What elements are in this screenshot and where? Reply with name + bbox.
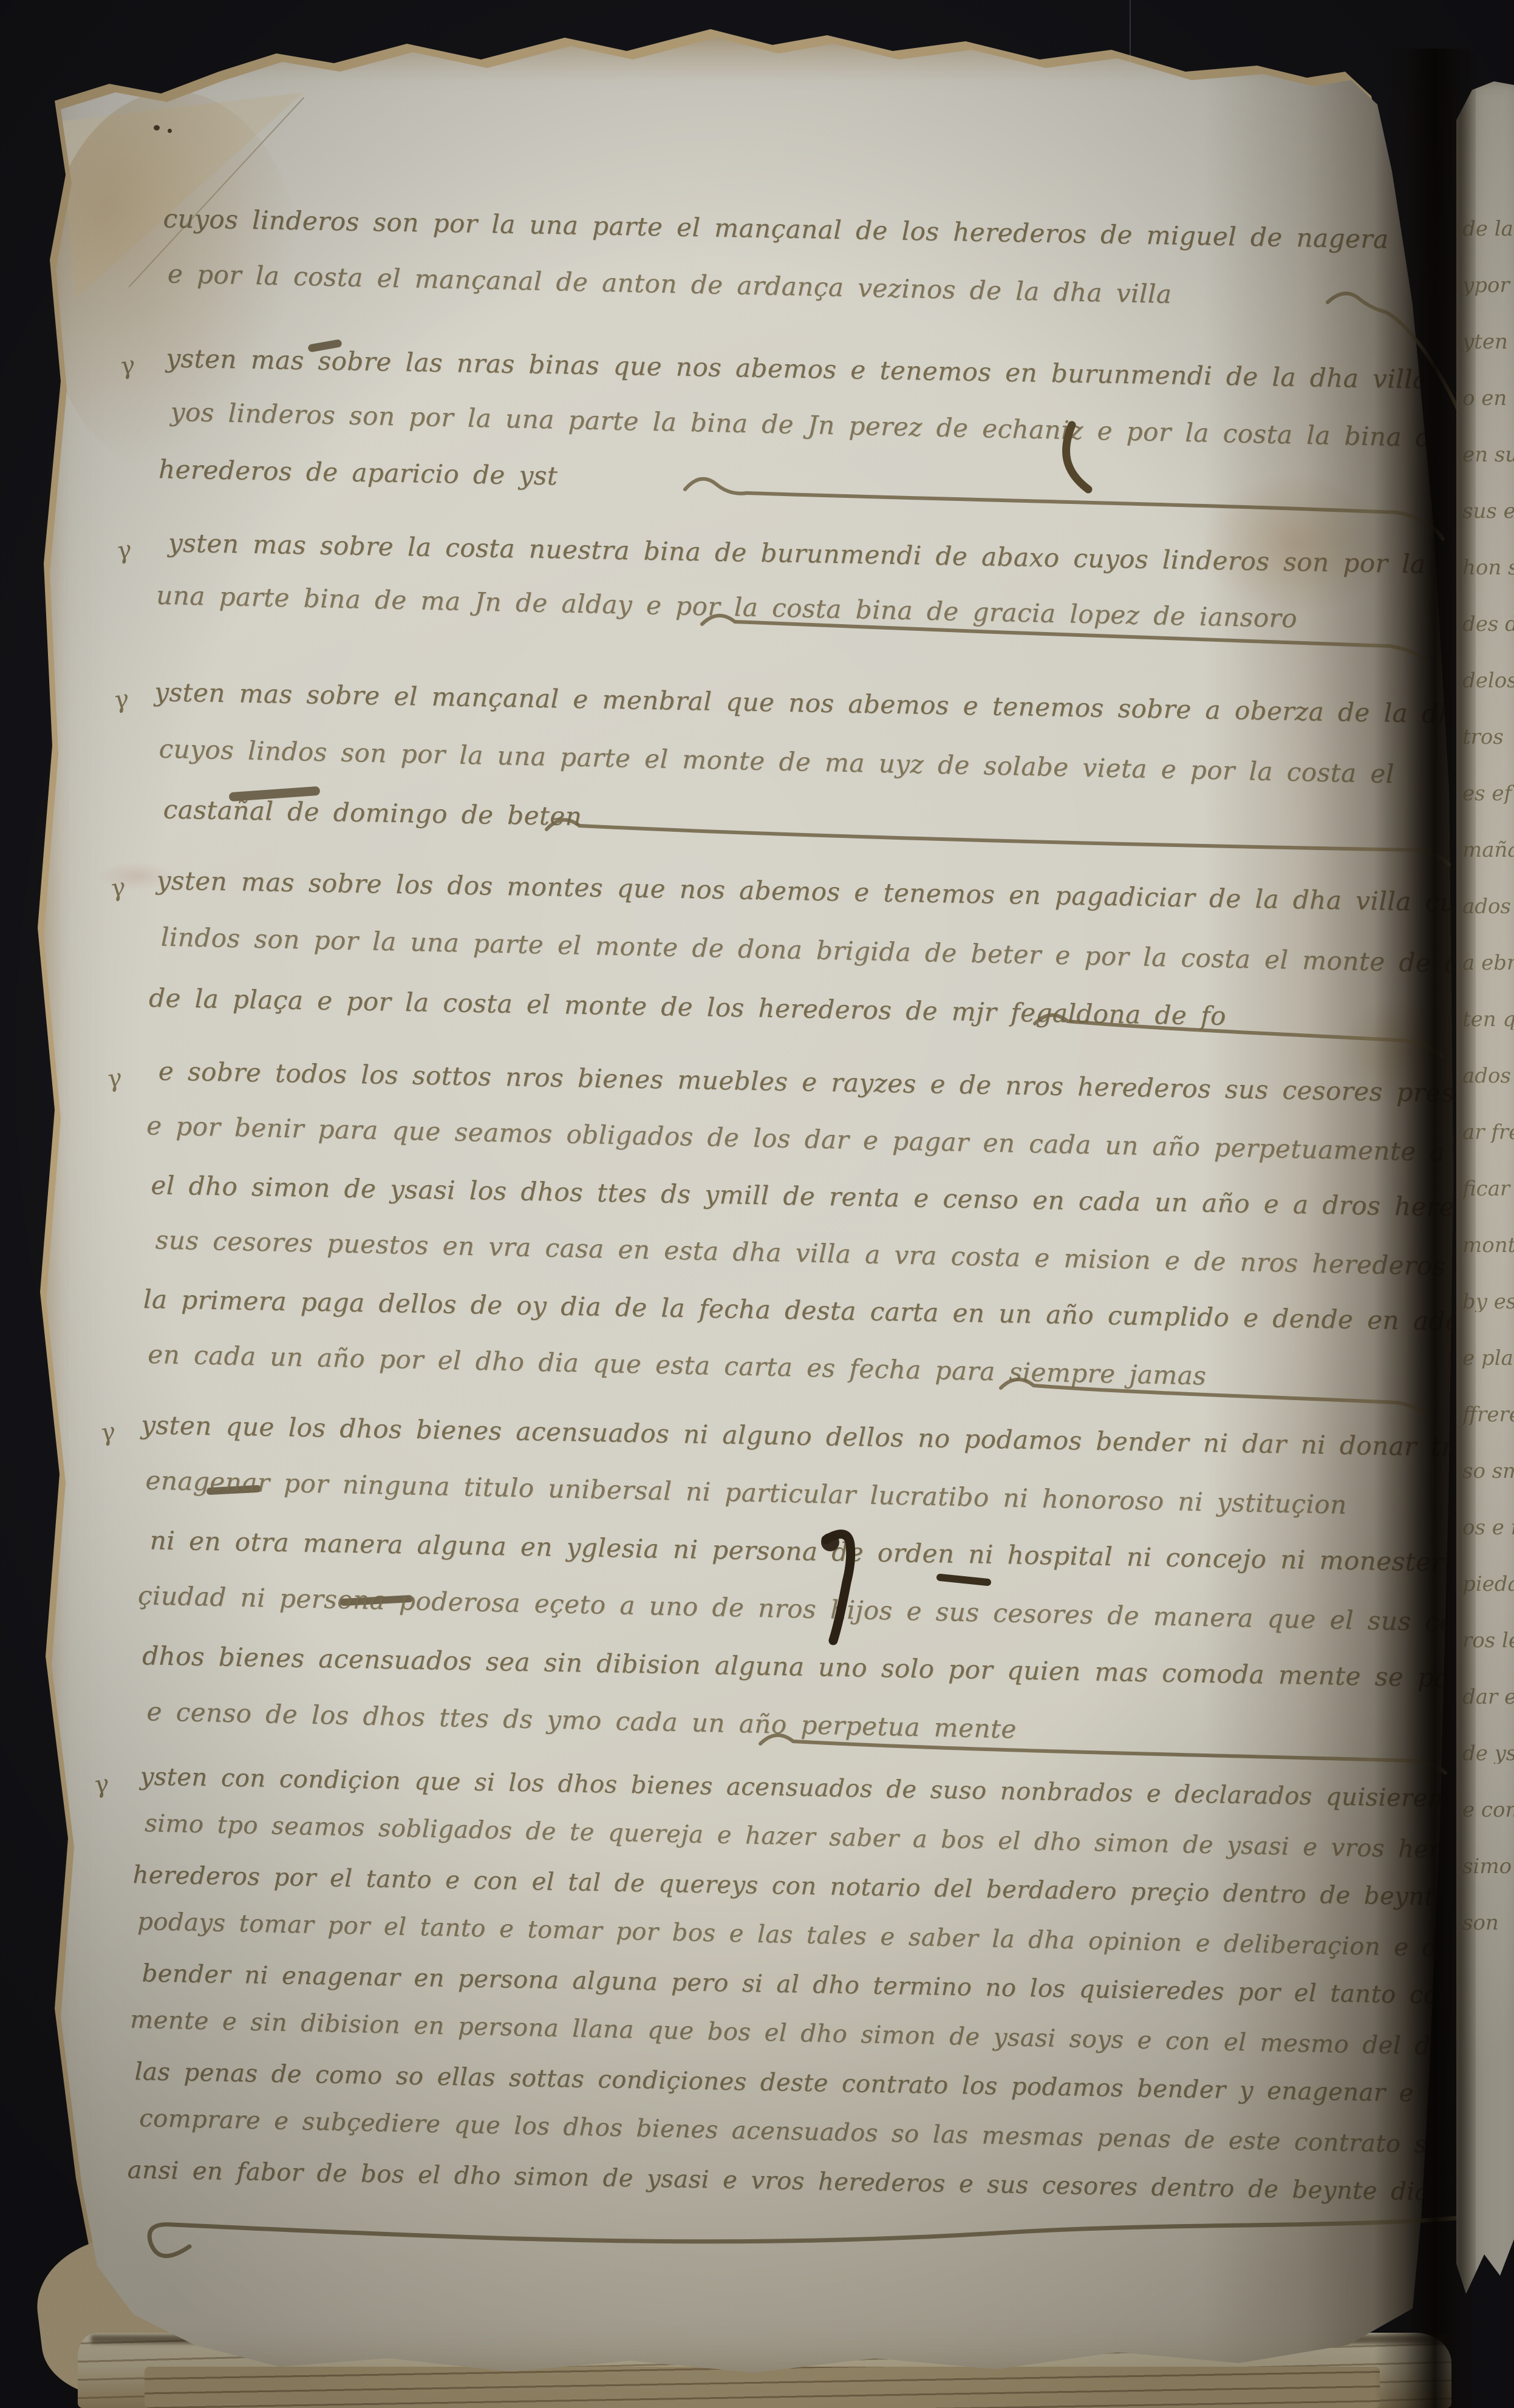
facing-page-text-fragment: ficar xyxy=(1462,1178,1514,1199)
facing-page-text-fragment: pieda xyxy=(1462,1574,1514,1594)
manuscript-line: herederos por el tanto e con el tal de q… xyxy=(132,1863,1458,1913)
manuscript-line: enagenar por ninguna titulo unibersal ni… xyxy=(145,1468,1347,1518)
facing-page-text-fragment: simo xyxy=(1462,1856,1514,1877)
manuscript-line: ysten que los dhos bienes acensuados ni … xyxy=(141,1412,1458,1464)
facing-page-text-fragment: o en xyxy=(1462,388,1514,409)
facing-page-text-fragment: ar fre xyxy=(1462,1122,1514,1143)
facing-page-text-fragment: by est xyxy=(1462,1291,1514,1312)
manuscript-line: bender ni enagenar en persona alguna per… xyxy=(142,1961,1458,2010)
facing-page-text-fragment: ypor a xyxy=(1462,275,1514,296)
manuscript-line: e sobre todos los sottos nros bienes mue… xyxy=(159,1058,1458,1107)
manuscript-line: comprare e subçediere que los dhos biene… xyxy=(139,2106,1458,2163)
facing-page-text-fragment: maña xyxy=(1462,840,1514,860)
paragraph-mark: γ xyxy=(104,1066,123,1092)
facing-page-text-fragment: tros xyxy=(1462,727,1514,747)
manuscript-line: la primera paga dellos de oy dia de la f… xyxy=(143,1287,1458,1336)
manuscript-line: las penas de como so ellas sottas condiç… xyxy=(134,2059,1458,2109)
manuscript-line: ysten mas sobre los dos montes que nos a… xyxy=(156,868,1458,916)
facing-page-text-fragment: e pla xyxy=(1462,1348,1514,1369)
manuscript-line: simo tpo seamos sobligados de te quereja… xyxy=(145,1811,1458,1865)
manuscript-line: mente e sin dibision en persona llana qu… xyxy=(130,2008,1458,2064)
manuscript-line: yos linderos son por la una parte la bin… xyxy=(170,400,1458,452)
facing-page-text-fragment: yten xyxy=(1462,332,1514,352)
manuscript-line: ysten mas sobre el mançanal e menbral qu… xyxy=(154,679,1458,727)
manuscript-line: una parte bina de ma Jn de alday e por l… xyxy=(156,583,1298,631)
manuscript-line: castañal de domingo de beten xyxy=(163,797,582,829)
facing-page-edge: de laypor ayteno enen susus ehon sdes dd… xyxy=(1456,78,1514,2333)
photo-frame: cuyos linderos son por la una parte el m… xyxy=(0,0,1514,2408)
manuscript-line: cuyos linderos son por la una parte el m… xyxy=(163,206,1434,253)
manuscript-line: herederos de aparicio de yst xyxy=(159,457,558,489)
manuscript-page: cuyos linderos son por la una parte el m… xyxy=(24,24,1458,2386)
manuscript-line: en cada un año por el dho dia que esta c… xyxy=(148,1342,1207,1389)
manuscript-line: sus cesores puestos en vra casa en esta … xyxy=(155,1227,1458,1281)
handwritten-text-block: cuyos linderos son por la una parte el m… xyxy=(24,24,1458,2386)
scan-hairline xyxy=(1130,0,1131,85)
paragraph-mark: γ xyxy=(108,875,127,902)
facing-page-text-fragment: en su xyxy=(1462,444,1514,465)
manuscript-line: ansi en fabor de bos el dho simon de ysa… xyxy=(127,2158,1458,2208)
facing-page-text-fragment: ffrere xyxy=(1462,1404,1514,1425)
manuscript-line: e por la costa el mançanal de anton de a… xyxy=(168,261,1172,307)
facing-page-text-fragment: a ebr xyxy=(1462,953,1514,973)
manuscript-line: çiudad ni persona poderosa eçeto a uno d… xyxy=(138,1583,1458,1636)
manuscript-line: de la plaça e por la costa el monte de l… xyxy=(149,985,1227,1029)
manuscript-line: el dho simon de ysasi los dhos ttes ds y… xyxy=(151,1172,1458,1221)
facing-page-text-fragment: es ef xyxy=(1462,783,1514,804)
manuscript-line: cuyos lindos son por la una parte el mon… xyxy=(159,736,1394,787)
facing-page-text-fragment: os e m xyxy=(1462,1517,1514,1538)
facing-page-text-fragment: ten q xyxy=(1462,1009,1514,1030)
facing-page-text-fragment: ros le xyxy=(1462,1630,1514,1651)
manuscript-line: e censo de los dhos ttes ds ymo cada un … xyxy=(146,1699,1017,1742)
facing-page-text-fragment: ados xyxy=(1462,1066,1514,1086)
manuscript-line: ysten mas sobre la costa nuestra bina de… xyxy=(168,530,1425,577)
paragraph-mark: γ xyxy=(92,1771,111,1798)
facing-page-text-fragment: hon s xyxy=(1462,557,1514,578)
manuscript-line: lindos son por la una parte el monte de … xyxy=(161,925,1458,979)
facing-page-text-fragment: son xyxy=(1462,1913,1514,1933)
facing-page-text-fragment: de la xyxy=(1462,219,1514,239)
facing-page-text-fragment: so smo xyxy=(1462,1461,1514,1481)
manuscript-line: e por benir para que seamos obligados de… xyxy=(146,1113,1446,1165)
facing-page-text-fragment: sus e xyxy=(1462,501,1514,522)
paragraph-mark: γ xyxy=(98,1420,117,1446)
facing-page-text-fragment: des d xyxy=(1462,614,1514,634)
manuscript-line: ysten mas sobre las nras binas que nos a… xyxy=(166,345,1428,392)
facing-page-text-fragment: ados xyxy=(1462,896,1514,917)
facing-page-text-fragment: dar e xyxy=(1462,1687,1514,1707)
manuscript-line: ysten con condiçion que si los dhos bien… xyxy=(140,1764,1458,1814)
paragraph-mark: γ xyxy=(112,687,131,713)
manuscript-line: podays tomar por el tanto e tomar por bo… xyxy=(137,1910,1458,1965)
manuscript-line: ni en otra manera alguna en yglesia ni p… xyxy=(149,1528,1458,1576)
manuscript-line: dhos bienes acensuados sea sin dibision … xyxy=(142,1643,1458,1693)
facing-page-text-fragment: delos xyxy=(1462,670,1514,691)
facing-page-text-fragment: e con xyxy=(1462,1800,1514,1820)
facing-page-text-fragment: montes xyxy=(1462,1235,1514,1256)
paragraph-mark: γ xyxy=(114,537,133,564)
paragraph-mark: γ xyxy=(118,353,137,379)
facing-page-text-fragment: de ys xyxy=(1462,1743,1514,1764)
page-stack-edge xyxy=(145,2367,1380,2408)
